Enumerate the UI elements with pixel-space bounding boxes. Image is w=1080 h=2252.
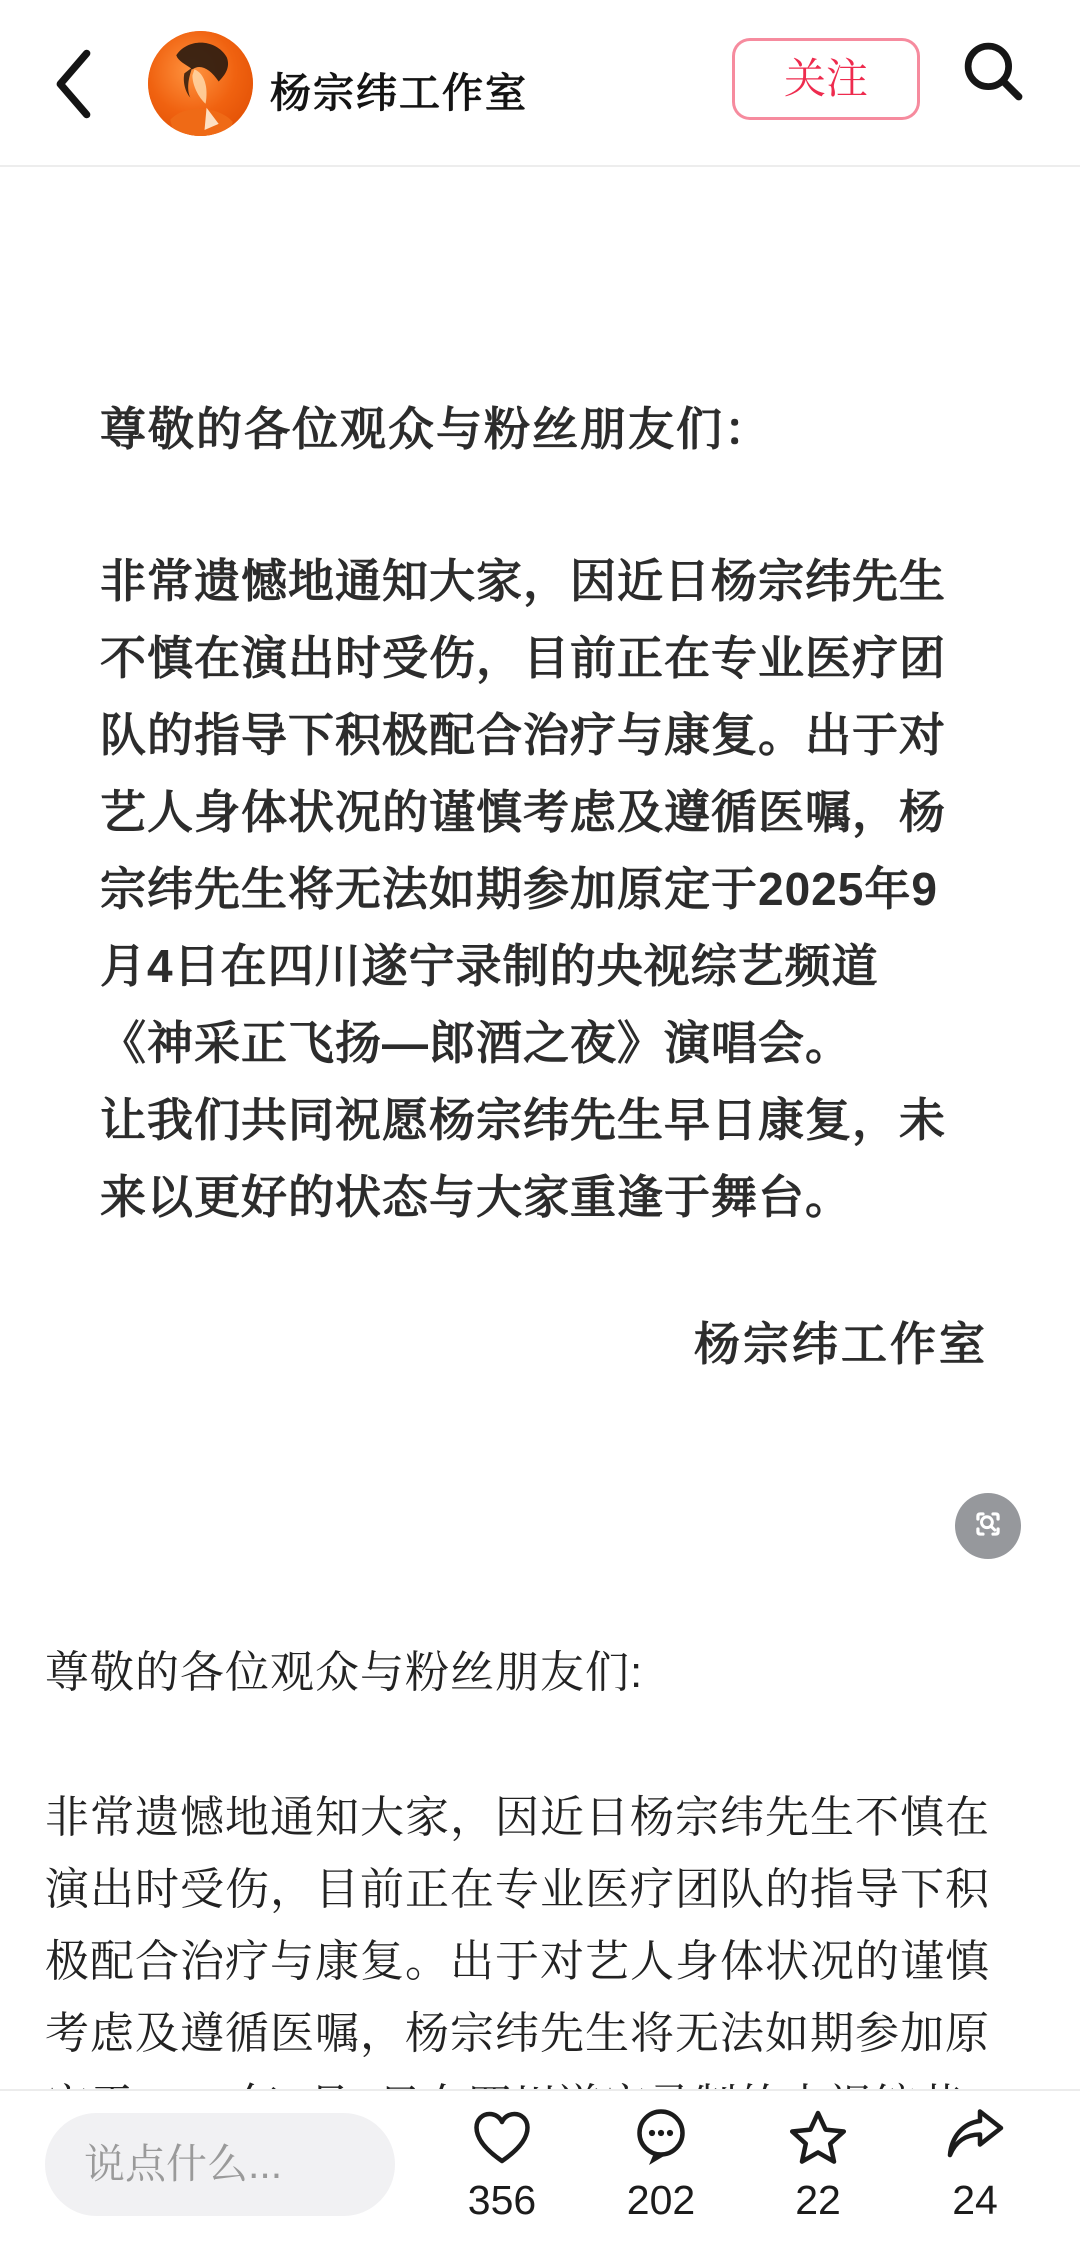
text-line: 让我们共同祝愿杨宗纬先生早日康复，未 (100, 1082, 1000, 1159)
user-avatar[interactable] (148, 31, 253, 136)
post-detail-page: 尊敬的各位观众与粉丝朋友们: 非常遗憾地通知大家，因近日杨宗纬先生不慎在演出时受… (0, 0, 1080, 2252)
like-button[interactable]: 356 (440, 2106, 564, 2222)
letter-salutation: 尊敬的各位观众与粉丝朋友们： (100, 405, 772, 453)
share-button[interactable]: 24 (913, 2106, 1037, 2222)
search-button[interactable] (958, 36, 1030, 108)
text-line: 艺人身体状况的谨慎考虑及遵循医嘱，杨 (100, 774, 1000, 851)
top-navigation-bar: 杨宗纬工作室 关注 (0, 0, 1080, 167)
text-line: 宗纬先生将无法如期参加原定于2025年9 (100, 851, 1000, 928)
text-line: 非常遗憾地通知大家，因近日杨宗纬先生 (100, 543, 1000, 620)
heart-icon (470, 2106, 534, 2170)
text-line: 极配合治疗与康复。出于对艺人身体状况的谨慎 (45, 1926, 1045, 1998)
collect-count: 22 (795, 2178, 841, 2222)
collect-button[interactable]: 22 (756, 2106, 880, 2222)
text-line: 不慎在演出时受伤，目前正在专业医疗团 (100, 620, 1000, 697)
comment-button[interactable]: 202 (599, 2106, 723, 2222)
text-line: 来以更好的状态与大家重逢于舞台。 (100, 1159, 1000, 1236)
share-count: 24 (952, 2178, 998, 2222)
letter-signature: 杨宗纬工作室 (694, 1320, 988, 1368)
like-count: 356 (468, 2178, 536, 2222)
caption-salutation: 尊敬的各位观众与粉丝朋友们: (45, 1650, 643, 1696)
follow-button[interactable]: 关注 (732, 38, 920, 120)
post-image[interactable]: 尊敬的各位观众与粉丝朋友们： 非常遗憾地通知大家，因近日杨宗纬先生不慎在演出时受… (0, 167, 1080, 1582)
letter-body: 非常遗憾地通知大家，因近日杨宗纬先生不慎在演出时受伤，目前正在专业医疗团队的指导… (100, 543, 1000, 1236)
comment-icon (629, 2106, 693, 2170)
caption-body: 非常遗憾地通知大家，因近日杨宗纬先生不慎在演出时受伤，目前正在专业医疗团队的指导… (45, 1782, 1045, 2142)
chevron-left-icon (50, 109, 98, 126)
user-name[interactable]: 杨宗纬工作室 (270, 60, 528, 119)
image-search-scan-button[interactable] (955, 1493, 1021, 1559)
text-line: 演出时受伤，目前正在专业医疗团队的指导下积 (45, 1854, 1045, 1926)
search-icon (958, 95, 1030, 112)
text-line: 队的指导下积极配合治疗与康复。出于对 (100, 697, 1000, 774)
text-line: 月4日在四川遂宁录制的央视综艺频道 (100, 928, 1000, 1005)
text-line: 《神采正飞扬—郎酒之夜》演唱会。 (100, 1005, 1000, 1082)
back-button[interactable] (50, 46, 98, 122)
bottom-action-bar: 说点什么... 356 202 (0, 2089, 1080, 2252)
comment-input[interactable]: 说点什么... (45, 2113, 395, 2216)
text-line: 考虑及遵循医嘱，杨宗纬先生将无法如期参加原 (45, 1998, 1045, 2070)
share-icon (943, 2106, 1007, 2170)
image-search-scan-icon (965, 1501, 1011, 1552)
star-icon (786, 2106, 850, 2170)
text-line: 非常遗憾地通知大家，因近日杨宗纬先生不慎在 (45, 1782, 1045, 1854)
comment-count: 202 (627, 2178, 695, 2222)
